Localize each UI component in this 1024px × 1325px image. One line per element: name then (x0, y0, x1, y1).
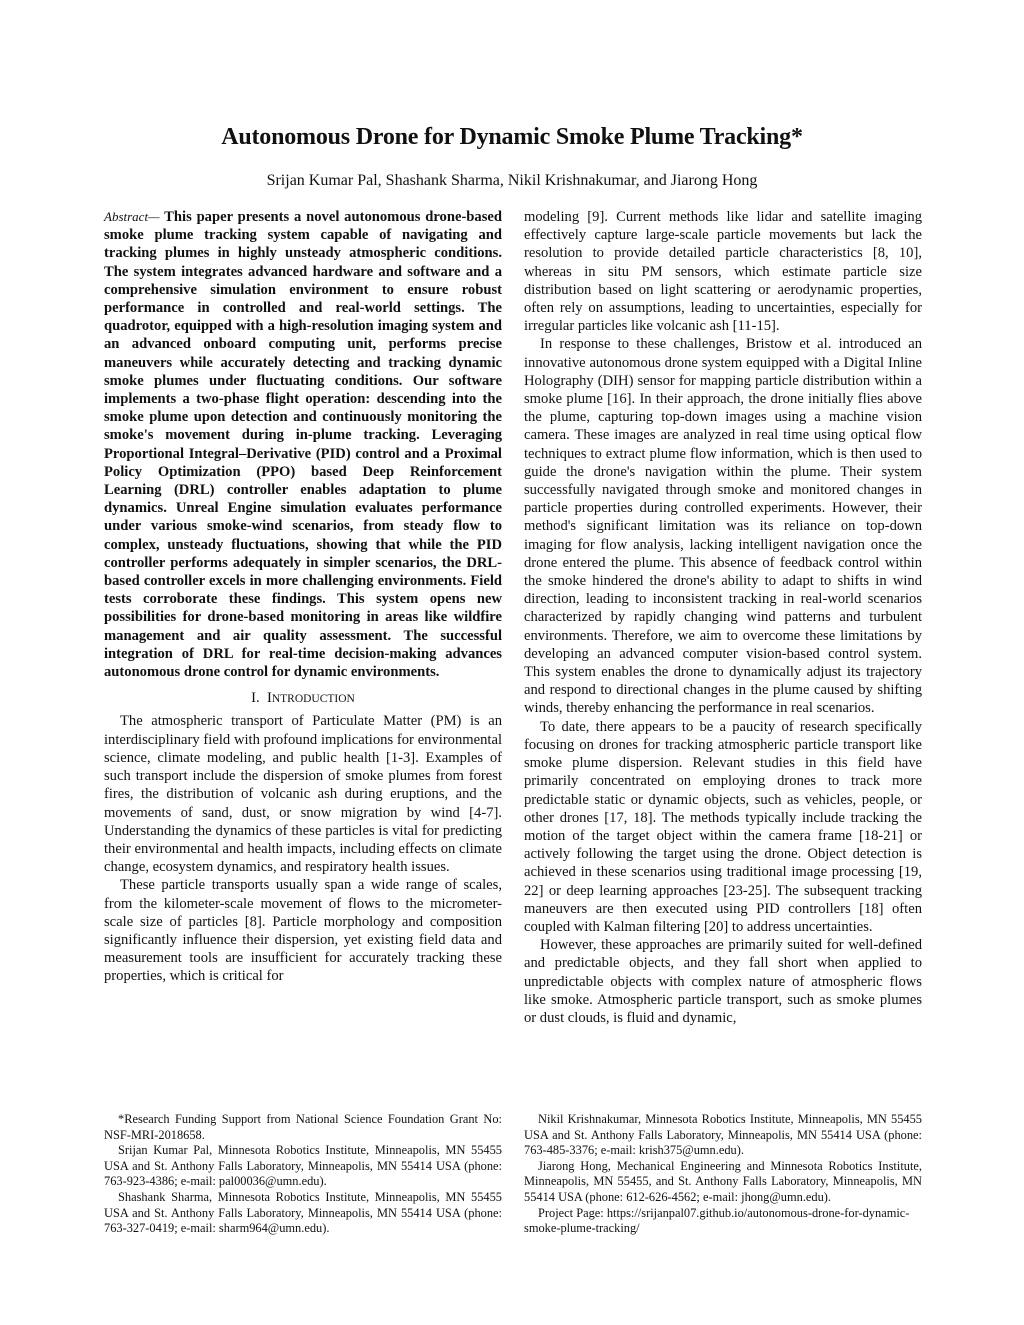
footnote-funding: *Research Funding Support from National … (104, 1112, 502, 1143)
intro-paragraph: However, these approaches are primarily … (524, 936, 922, 1027)
section-number: I. (251, 690, 260, 706)
project-page-link[interactable]: Project Page: https://srijanpal07.github… (524, 1206, 922, 1237)
paper-title: Autonomous Drone for Dynamic Smoke Plume… (0, 124, 1024, 151)
footnotes-left: *Research Funding Support from National … (104, 1112, 502, 1237)
intro-paragraph: To date, there appears to be a paucity o… (524, 718, 922, 936)
section-title-rest: NTRODUCTION (272, 693, 355, 705)
abstract-text: This paper presents a novel autonomous d… (104, 209, 502, 680)
section-heading-introduction: I. INTRODUCTION (104, 689, 502, 708)
footnotes-right: Nikil Krishnakumar, Minnesota Robotics I… (524, 1112, 922, 1237)
intro-paragraph: These particle transports usually span a… (104, 876, 502, 985)
right-column: modeling [9]. Current methods like lidar… (524, 208, 922, 1027)
left-column: Abstract— This paper presents a novel au… (104, 208, 502, 986)
abstract: Abstract— This paper presents a novel au… (104, 208, 502, 681)
author-list: Srijan Kumar Pal, Shashank Sharma, Nikil… (0, 172, 1024, 190)
intro-paragraph: The atmospheric transport of Particulate… (104, 712, 502, 876)
footnote-author-affiliation: Shashank Sharma, Minnesota Robotics Inst… (104, 1190, 502, 1237)
intro-paragraph-continued: modeling [9]. Current methods like lidar… (524, 208, 922, 335)
abstract-label: Abstract— (104, 209, 160, 224)
footnote-author-affiliation: Jiarong Hong, Mechanical Engineering and… (524, 1159, 922, 1206)
footnote-author-affiliation: Srijan Kumar Pal, Minnesota Robotics Ins… (104, 1143, 502, 1190)
footnote-author-affiliation: Nikil Krishnakumar, Minnesota Robotics I… (524, 1112, 922, 1159)
intro-paragraph: In response to these challenges, Bristow… (524, 335, 922, 717)
